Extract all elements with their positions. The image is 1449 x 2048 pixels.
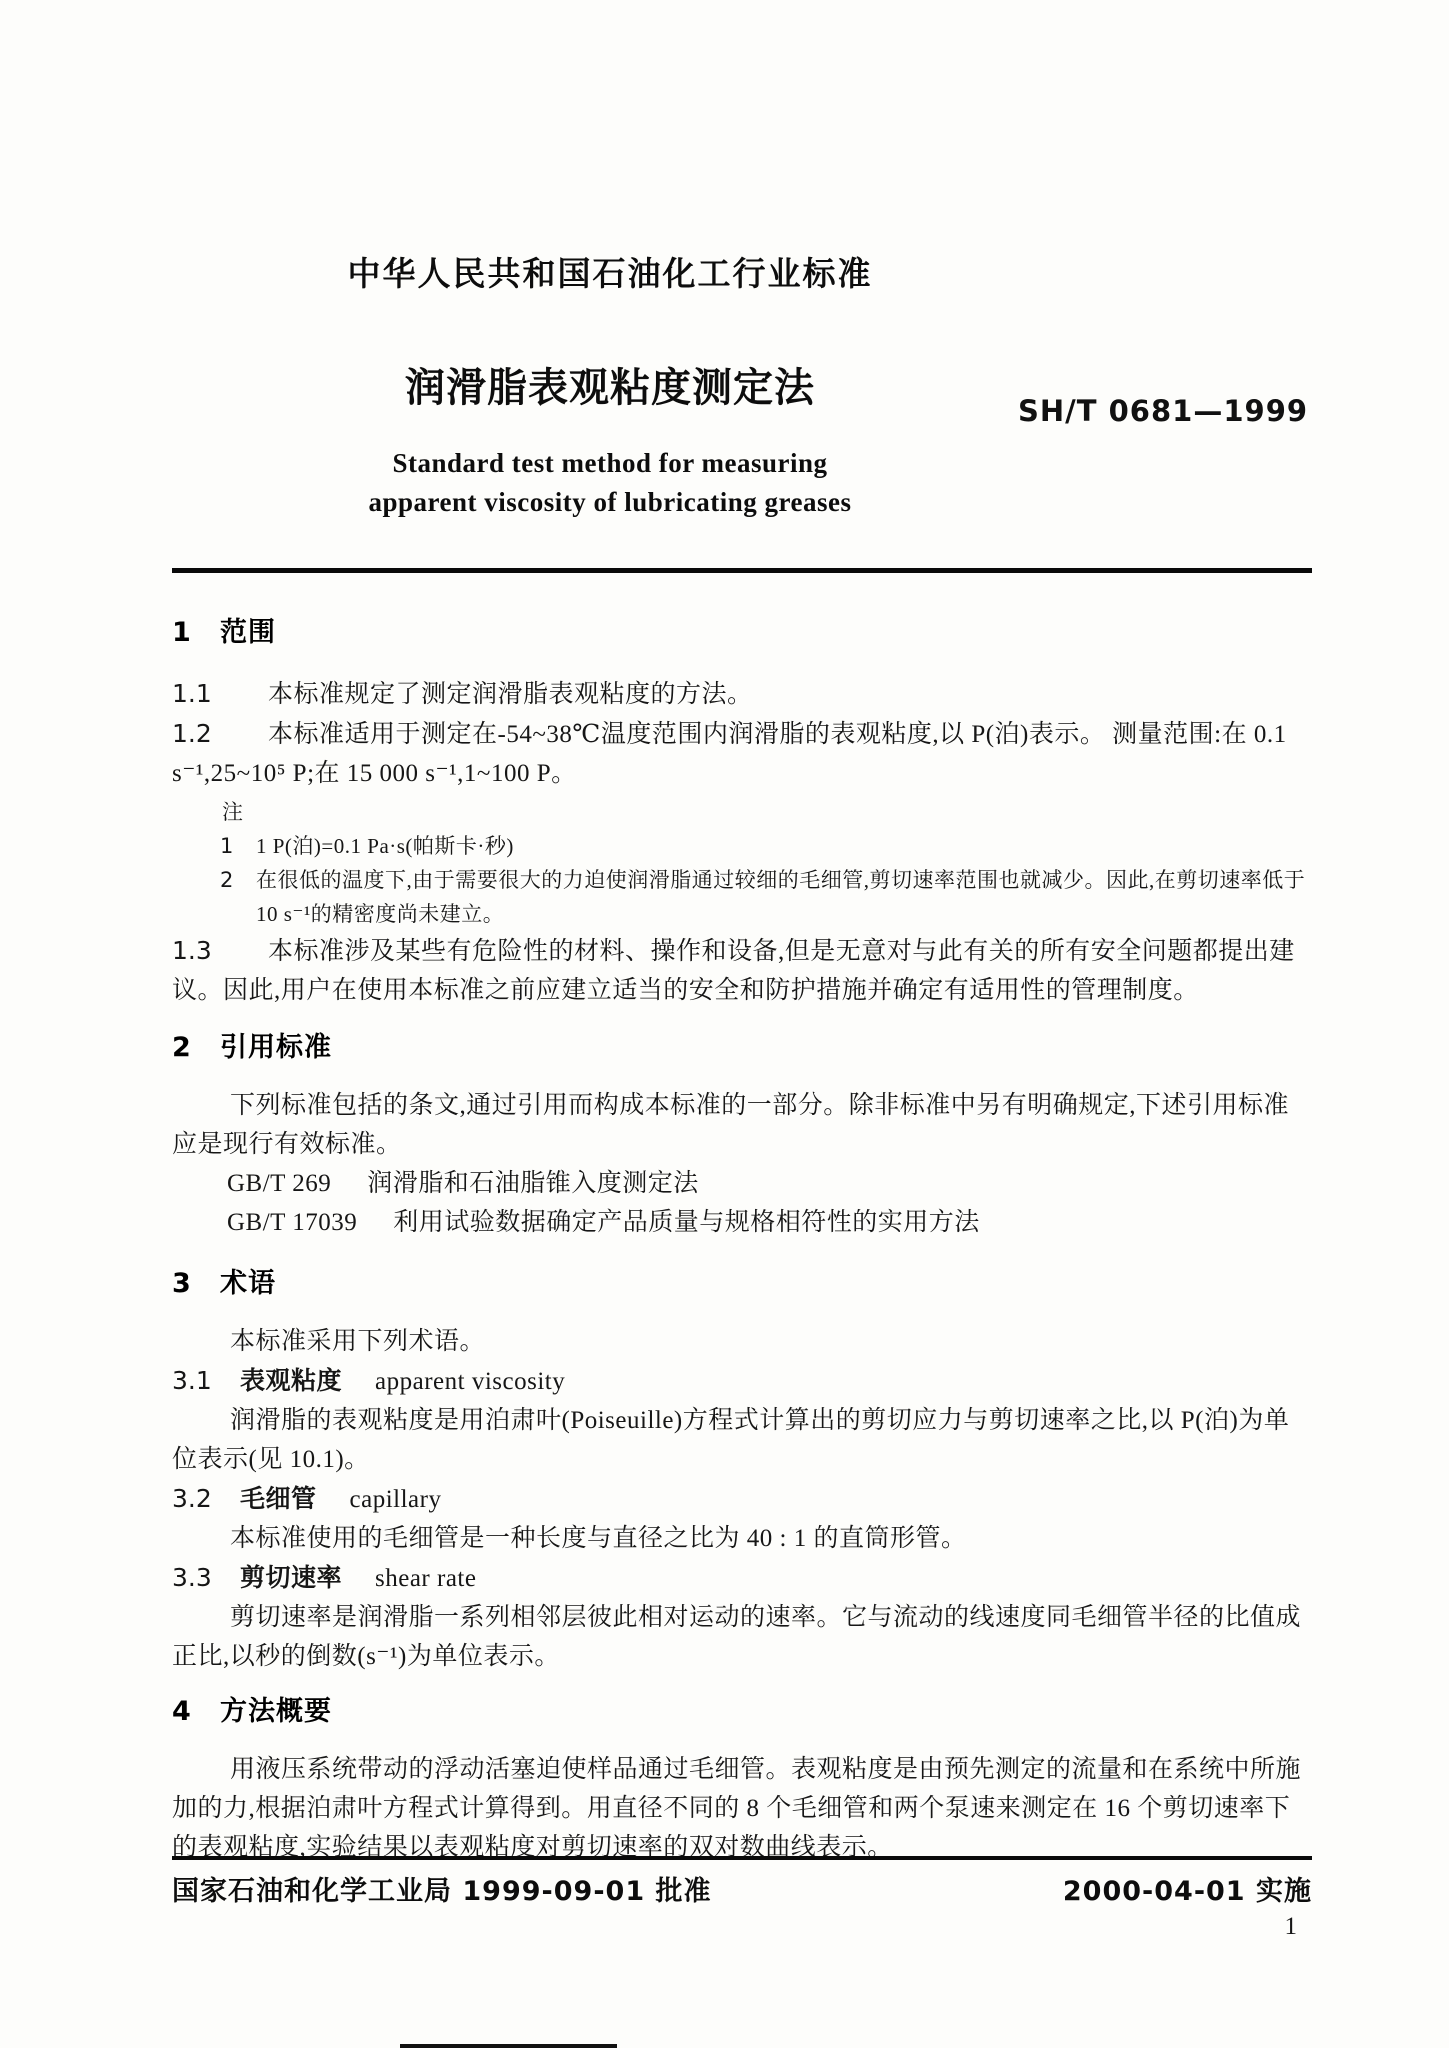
english-title-block: Standard test method for measuring appar… [0, 444, 1449, 522]
term-3-1: 3.1表观粘度apparent viscosity [172, 1361, 1312, 1401]
section-3-number: 3 [172, 1268, 220, 1300]
clause-1-2-number: 1.2 [172, 714, 268, 753]
term-3-2-chinese: 毛细管 [240, 1484, 317, 1513]
reference-1-code: GB/T 269 [227, 1170, 331, 1197]
approval-statement: 国家石油和化学工业局 1999-09-01 批准 [172, 1869, 712, 1908]
term-3-3-definition: 剪切速率是润滑脂一系列相邻层彼此相对运动的速率。它与流动的线速度同毛细管半径的比… [172, 1598, 1312, 1676]
page-number: 1 [1285, 1913, 1298, 1941]
section-1-heading: 1范围 [172, 617, 1312, 649]
document-title: 润滑脂表观粘度测定法 [135, 364, 1085, 412]
section-2-number: 2 [172, 1032, 220, 1064]
reference-2-name: 利用试验数据确定产品质量与规格相符性的实用方法 [393, 1209, 980, 1236]
note-1: 11 P(泊)=0.1 Pa·s(帕斯卡·秒) [172, 829, 1312, 863]
document-body: 1范围 1.1本标准规定了测定润滑脂表观粘度的方法。 1.2本标准适用于测定在-… [172, 617, 1312, 1867]
section-4-number: 4 [172, 1696, 220, 1728]
section-2-heading: 2引用标准 [172, 1032, 1312, 1064]
clause-1-3-number: 1.3 [172, 931, 268, 970]
term-3-3-english: shear rate [375, 1565, 476, 1592]
term-3-2-english: capillary [350, 1486, 442, 1513]
note-1-text: 1 P(泊)=0.1 Pa·s(帕斯卡·秒) [256, 834, 514, 858]
section-3-heading: 3术语 [172, 1268, 1312, 1300]
reference-gbt-269: GB/T 269润滑脂和石油脂锥入度测定法 [227, 1164, 1312, 1203]
section-2-title: 引用标准 [220, 1032, 332, 1063]
note-2-text: 在很低的温度下,由于需要很大的力迫使润滑脂通过较细的毛细管,剪切速率范围也就减少… [256, 868, 1305, 926]
implementation-date: 2000-04-01 实施 [1063, 1869, 1312, 1908]
standard-org-title: 中华人民共和国石油化工行业标准 [135, 0, 1085, 294]
footer-row: 国家石油和化学工业局 1999-09-01 批准 2000-04-01 实施 [172, 1869, 1312, 1908]
reference-2-code: GB/T 17039 [227, 1209, 357, 1236]
notes-label: 注 [222, 795, 1312, 829]
clause-1-3-text: 本标准涉及某些有危险性的材料、操作和设备,但是无意对与此有关的所有安全问题都提出… [172, 938, 1295, 1004]
term-3-1-english: apparent viscosity [375, 1368, 565, 1395]
clause-1-1: 1.1本标准规定了测定润滑脂表观粘度的方法。 [172, 674, 1312, 714]
section-3-title: 术语 [220, 1268, 276, 1299]
reference-1-name: 润滑脂和石油脂锥入度测定法 [367, 1170, 699, 1197]
scan-artifact-line [400, 2044, 617, 2048]
term-3-3-chinese: 剪切速率 [240, 1563, 342, 1592]
term-3-1-definition: 润滑脂的表观粘度是用泊肃叶(Poiseuille)方程式计算出的剪切应力与剪切速… [172, 1401, 1312, 1479]
footer-divider-rule [172, 1856, 1312, 1860]
header-divider-rule [172, 568, 1312, 573]
term-3-3-number: 3.3 [172, 1558, 240, 1597]
reference-gbt-17039: GB/T 17039利用试验数据确定产品质量与规格相符性的实用方法 [227, 1203, 1312, 1242]
clause-1-3: 1.3本标准涉及某些有危险性的材料、操作和设备,但是无意对与此有关的所有安全问题… [172, 931, 1312, 1010]
section-1-title: 范围 [220, 617, 276, 648]
section-3-intro: 本标准采用下列术语。 [172, 1322, 1312, 1361]
section-2-intro: 下列标准包括的条文,通过引用而构成本标准的一部分。除非标准中另有明确规定,下述引… [172, 1086, 1312, 1164]
term-3-1-number: 3.1 [172, 1361, 240, 1400]
clause-1-2-text: 本标准适用于测定在-54~38℃温度范围内润滑脂的表观粘度,以 P(泊)表示。 … [172, 721, 1287, 787]
section-4-heading: 4方法概要 [172, 1696, 1312, 1728]
clause-1-2: 1.2本标准适用于测定在-54~38℃温度范围内润滑脂的表观粘度,以 P(泊)表… [172, 714, 1312, 793]
english-title-line2: apparent viscosity of lubricating grease… [135, 483, 1085, 522]
term-3-2: 3.2毛细管capillary [172, 1479, 1312, 1519]
note-1-number: 1 [220, 829, 234, 863]
standard-document-page: 中华人民共和国石油化工行业标准 润滑脂表观粘度测定法 SH/T 0681—199… [0, 0, 1449, 2048]
standard-number: SH/T 0681—1999 [1018, 394, 1308, 428]
section-4-title: 方法概要 [220, 1696, 332, 1727]
section-1-number: 1 [172, 617, 220, 649]
term-3-2-number: 3.2 [172, 1479, 240, 1518]
clause-1-1-number: 1.1 [172, 674, 268, 713]
note-2: 2在很低的温度下,由于需要很大的力迫使润滑脂通过较细的毛细管,剪切速率范围也就减… [172, 863, 1312, 931]
term-3-3: 3.3剪切速率shear rate [172, 1558, 1312, 1598]
term-3-1-chinese: 表观粘度 [240, 1366, 342, 1395]
notes-block: 注 11 P(泊)=0.1 Pa·s(帕斯卡·秒) 2在很低的温度下,由于需要很… [172, 795, 1312, 931]
clause-1-1-text: 本标准规定了测定润滑脂表观粘度的方法。 [268, 681, 753, 708]
note-2-number: 2 [220, 863, 234, 897]
english-title-line1: Standard test method for measuring [135, 444, 1085, 483]
section-4-body: 用液压系统带动的浮动活塞迫使样品通过毛细管。表观粘度是由预先测定的流量和在系统中… [172, 1750, 1312, 1867]
term-3-2-definition: 本标准使用的毛细管是一种长度与直径之比为 40 : 1 的直筒形管。 [172, 1519, 1312, 1558]
